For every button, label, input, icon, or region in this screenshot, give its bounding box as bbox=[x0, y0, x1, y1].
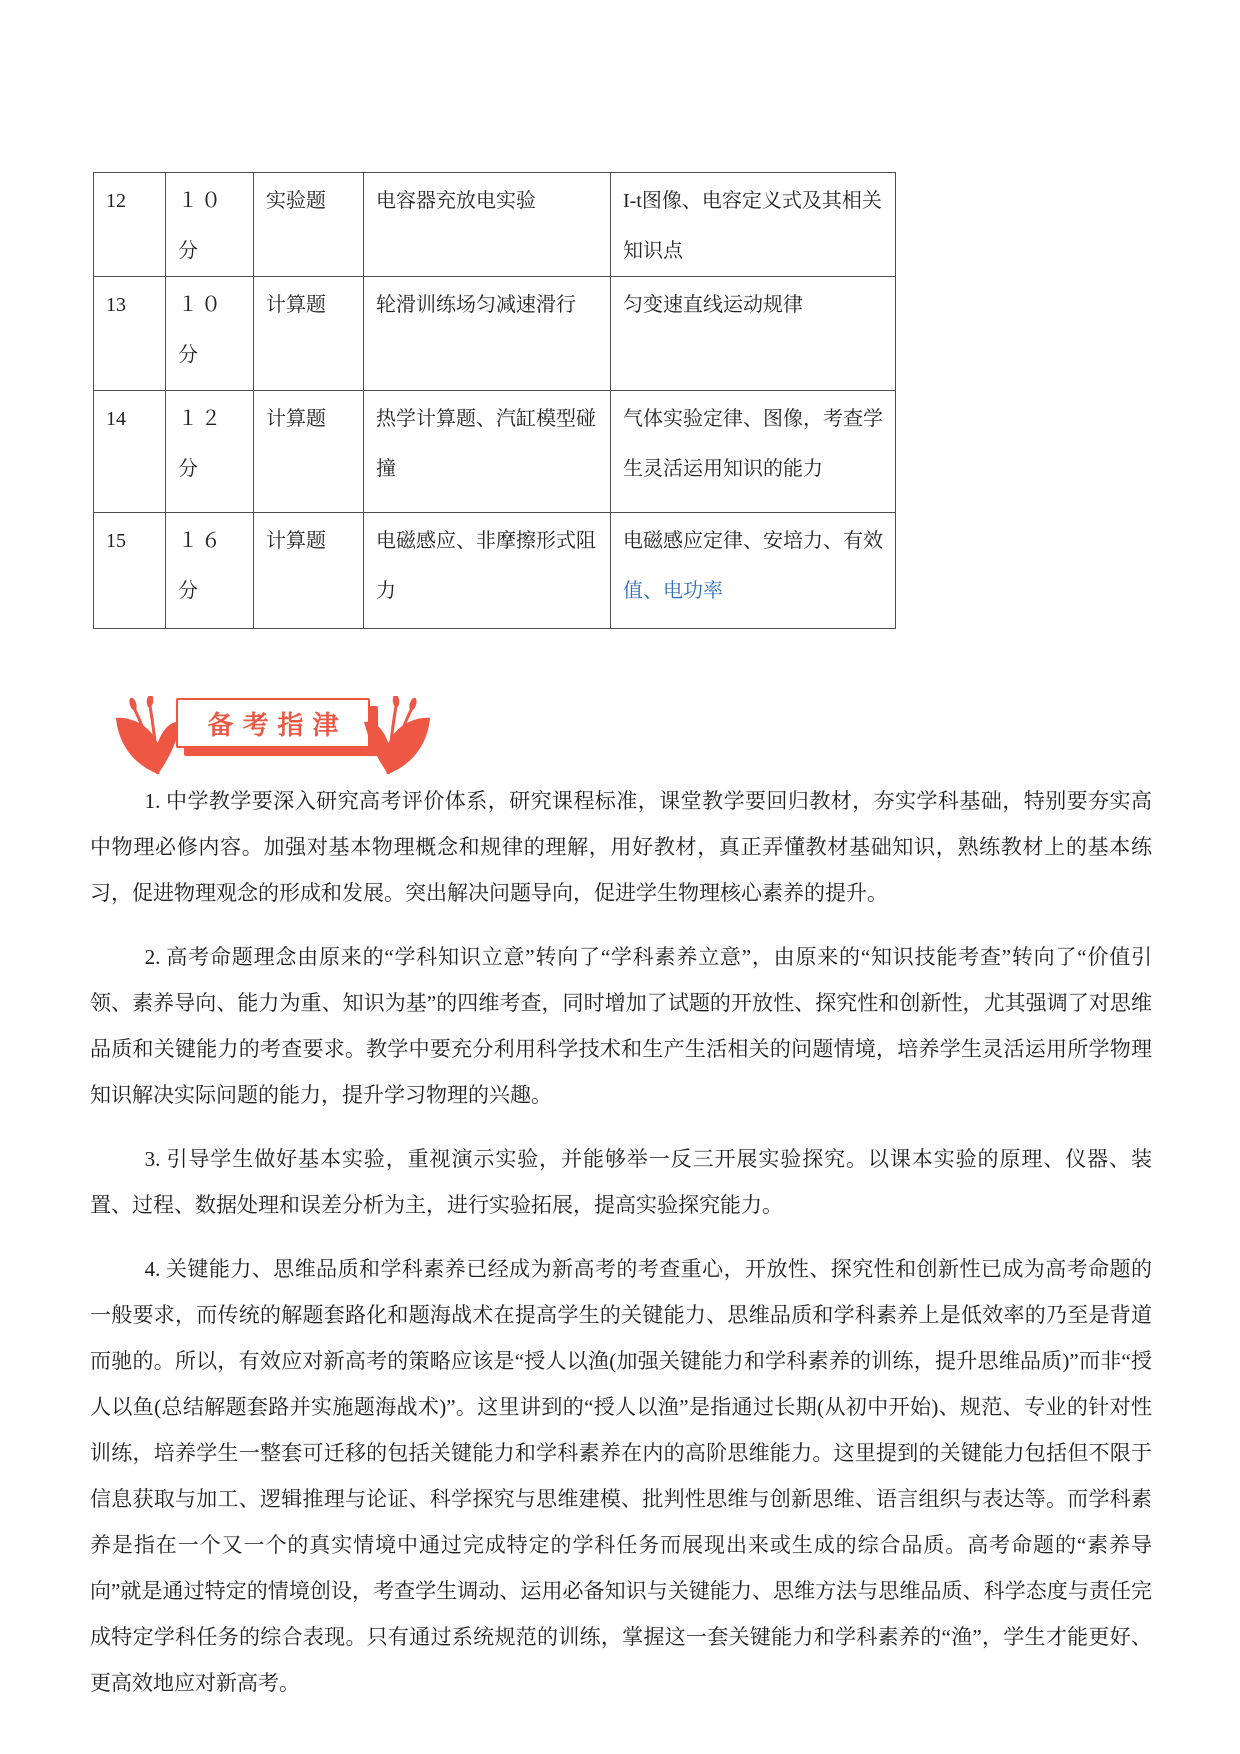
exam-structure-table: 12 １０分 实验题 电容器充放电实验 I-t图像、电容定义式及其相关知识点 1… bbox=[93, 172, 896, 629]
table-row-14: 14 １２分 计算题 热学计算题、汽缸模型碰撞 气体实验定律、图像，考查学生灵活… bbox=[94, 391, 896, 513]
knowledge-text: 电磁感应定律、安培力、有效 bbox=[623, 530, 883, 552]
paragraph-3: 3. 引导学生做好基本实验，重视演示实验，并能够举一反三开展实验探究。以课本实验… bbox=[90, 1136, 1152, 1228]
question-points: １０分 bbox=[166, 277, 254, 391]
question-number: 15 bbox=[94, 513, 166, 629]
table-row-15: 15 １６分 计算题 电磁感应、非摩擦形式阻力 电磁感应定律、安培力、有效值、电… bbox=[94, 513, 896, 629]
badge-frame: 备考指津 bbox=[176, 698, 370, 748]
body-text: 1. 中学教学要深入研究高考评价体系，研究课程标准，课堂教学要回归教材，夯实学科… bbox=[90, 778, 1152, 1724]
question-knowledge: 匀变速直线运动规律 bbox=[611, 277, 896, 391]
question-knowledge: 气体实验定律、图像，考查学生灵活运用知识的能力 bbox=[611, 391, 896, 513]
document-page: 12 １０分 实验题 电容器充放电实验 I-t图像、电容定义式及其相关知识点 1… bbox=[0, 0, 1240, 1754]
question-points: １６分 bbox=[166, 513, 254, 629]
question-topic: 电容器充放电实验 bbox=[364, 173, 611, 277]
question-type: 计算题 bbox=[254, 277, 364, 391]
question-type: 计算题 bbox=[254, 391, 364, 513]
table-row-12: 12 １０分 实验题 电容器充放电实验 I-t图像、电容定义式及其相关知识点 bbox=[94, 173, 896, 277]
leaf-decoration-right-icon bbox=[362, 696, 434, 776]
question-number: 14 bbox=[94, 391, 166, 513]
question-knowledge: I-t图像、电容定义式及其相关知识点 bbox=[611, 173, 896, 277]
question-number: 13 bbox=[94, 277, 166, 391]
knowledge-text: I-t图像、电容定义式及其相关知识点 bbox=[623, 190, 882, 262]
paragraph-1: 1. 中学教学要深入研究高考评价体系，研究课程标准，课堂教学要回归教材，夯实学科… bbox=[90, 778, 1152, 916]
knowledge-text: 匀变速直线运动规律 bbox=[623, 294, 803, 316]
section-badge: 备考指津 bbox=[112, 690, 434, 782]
question-knowledge: 电磁感应定律、安培力、有效值、电功率 bbox=[611, 513, 896, 629]
question-type: 实验题 bbox=[254, 173, 364, 277]
question-topic: 轮滑训练场匀减速滑行 bbox=[364, 277, 611, 391]
question-topic: 电磁感应、非摩擦形式阻力 bbox=[364, 513, 611, 629]
knowledge-highlighted-text: 值、电功率 bbox=[623, 580, 723, 602]
paragraph-2: 2. 高考命题理念由原来的“学科知识立意”转向了“学科素养立意”，由原来的“知识… bbox=[90, 934, 1152, 1118]
paragraph-4: 4. 关键能力、思维品质和学科素养已经成为新高考的考查重心，开放性、探究性和创新… bbox=[90, 1246, 1152, 1706]
question-number: 12 bbox=[94, 173, 166, 277]
question-points: １２分 bbox=[166, 391, 254, 513]
question-type: 计算题 bbox=[254, 513, 364, 629]
badge-label: 备考指津 bbox=[198, 705, 347, 742]
knowledge-text: 气体实验定律、图像，考查学生灵活运用知识的能力 bbox=[623, 408, 883, 480]
question-points: １０分 bbox=[166, 173, 254, 277]
leaf-decoration-left-icon bbox=[112, 696, 184, 776]
table-row-13: 13 １０分 计算题 轮滑训练场匀减速滑行 匀变速直线运动规律 bbox=[94, 277, 896, 391]
question-topic: 热学计算题、汽缸模型碰撞 bbox=[364, 391, 611, 513]
